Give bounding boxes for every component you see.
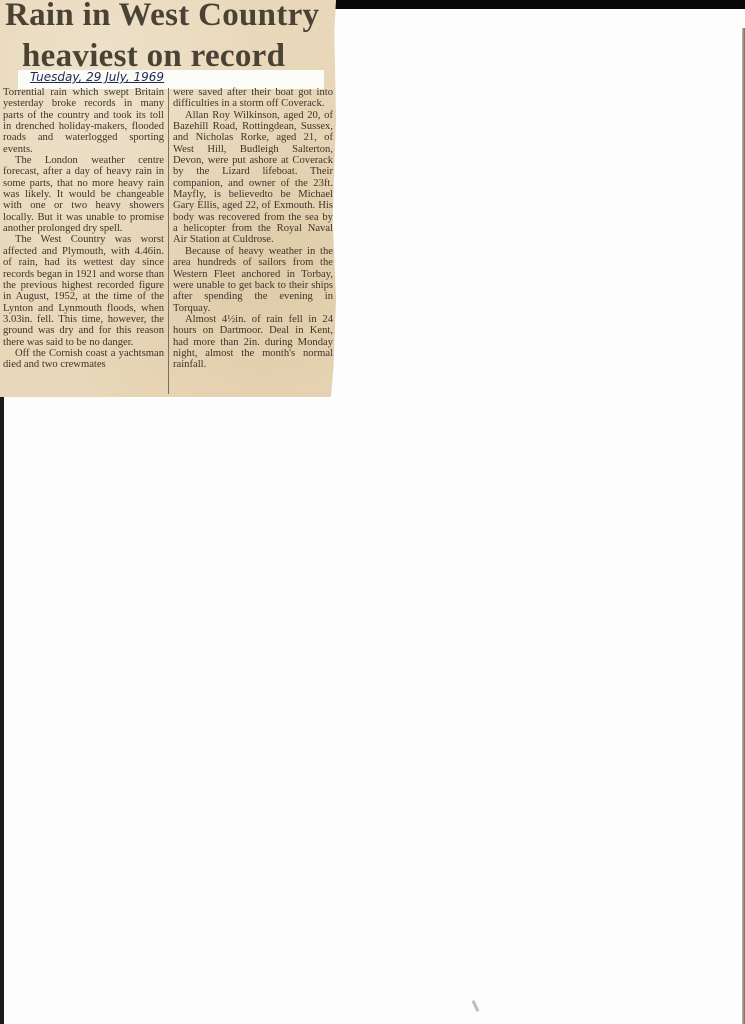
headline-line-1: Rain in West Country — [5, 0, 341, 34]
column-divider — [168, 88, 169, 394]
article-paragraph: Almost 4½in. of rain fell in 24 hours on… — [173, 314, 333, 371]
scan-left-edge — [0, 396, 4, 1024]
article-paragraph: The London weather centre forecast, afte… — [3, 155, 164, 234]
article-paragraph: The West Country was worst affected and … — [3, 234, 164, 347]
article-paragraph: Torrential rain which swept Britain yest… — [3, 87, 164, 155]
scan-dust-speck — [472, 1000, 480, 1012]
article-column-left: Torrential rain which swept Britain yest… — [3, 87, 164, 371]
article-paragraph: Allan Roy Wilkinson, aged 20, of Bazehil… — [173, 110, 333, 246]
article-paragraph: Because of heavy weather in the area hun… — [173, 246, 333, 314]
handwritten-date: Tuesday, 29 July, 1969 — [30, 70, 164, 84]
newspaper-clipping: Rain in West Country heaviest on record … — [0, 0, 336, 397]
article-paragraph: were saved after their boat got into dif… — [173, 87, 333, 110]
article-column-right: were saved after their boat got into dif… — [173, 87, 333, 371]
article-paragraph: Off the Cornish coast a yachtsman died a… — [3, 348, 164, 371]
